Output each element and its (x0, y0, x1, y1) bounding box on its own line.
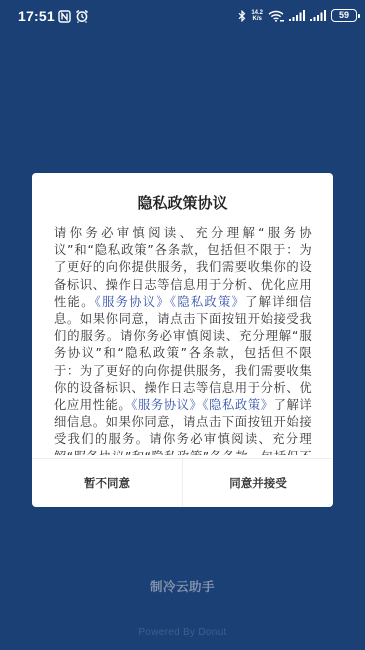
wifi-icon (268, 10, 284, 22)
status-time: 17:51 (18, 8, 55, 24)
nfc-icon (58, 10, 71, 23)
status-bar: 17:51 14.2 K/s (0, 0, 365, 34)
network-speed: 14.2 K/s (251, 10, 263, 22)
signal-icon (289, 10, 305, 21)
privacy-dialog: 隐私政策协议 请你务必审慎阅读、充分理解“服务协议”和“隐私政策”各条款，包括但… (32, 173, 333, 507)
dialog-title: 隐私政策协议 (32, 192, 333, 213)
status-right-icons: 14.2 K/s 59 (238, 9, 357, 22)
battery-indicator: 59 (331, 9, 357, 22)
bluetooth-icon (238, 10, 246, 22)
service-agreement-link[interactable]: 《服务协议》 (131, 398, 202, 412)
status-left-icons (58, 9, 89, 23)
disagree-button[interactable]: 暂不同意 (32, 459, 182, 507)
privacy-policy-link[interactable]: 《隐私政策》 (202, 398, 273, 412)
app-name: 制冷云助手 (0, 577, 365, 595)
alarm-icon (75, 9, 89, 23)
body-text: 了解详细信息。如果你同意，请点击下面按钮开始接受我们的服务。请你务必审慎阅读、充… (54, 295, 312, 412)
service-agreement-link[interactable]: 《服务协议》 (95, 295, 170, 309)
signal-icon (310, 10, 326, 21)
powered-by: Powered By Donut (0, 627, 365, 638)
agree-button[interactable]: 同意并接受 (183, 459, 333, 507)
dialog-body[interactable]: 请你务必审慎阅读、充分理解“服务协议”和“隐私政策”各条款，包括但不限于：为了更… (54, 225, 312, 455)
privacy-policy-link[interactable]: 《隐私政策》 (170, 295, 245, 309)
